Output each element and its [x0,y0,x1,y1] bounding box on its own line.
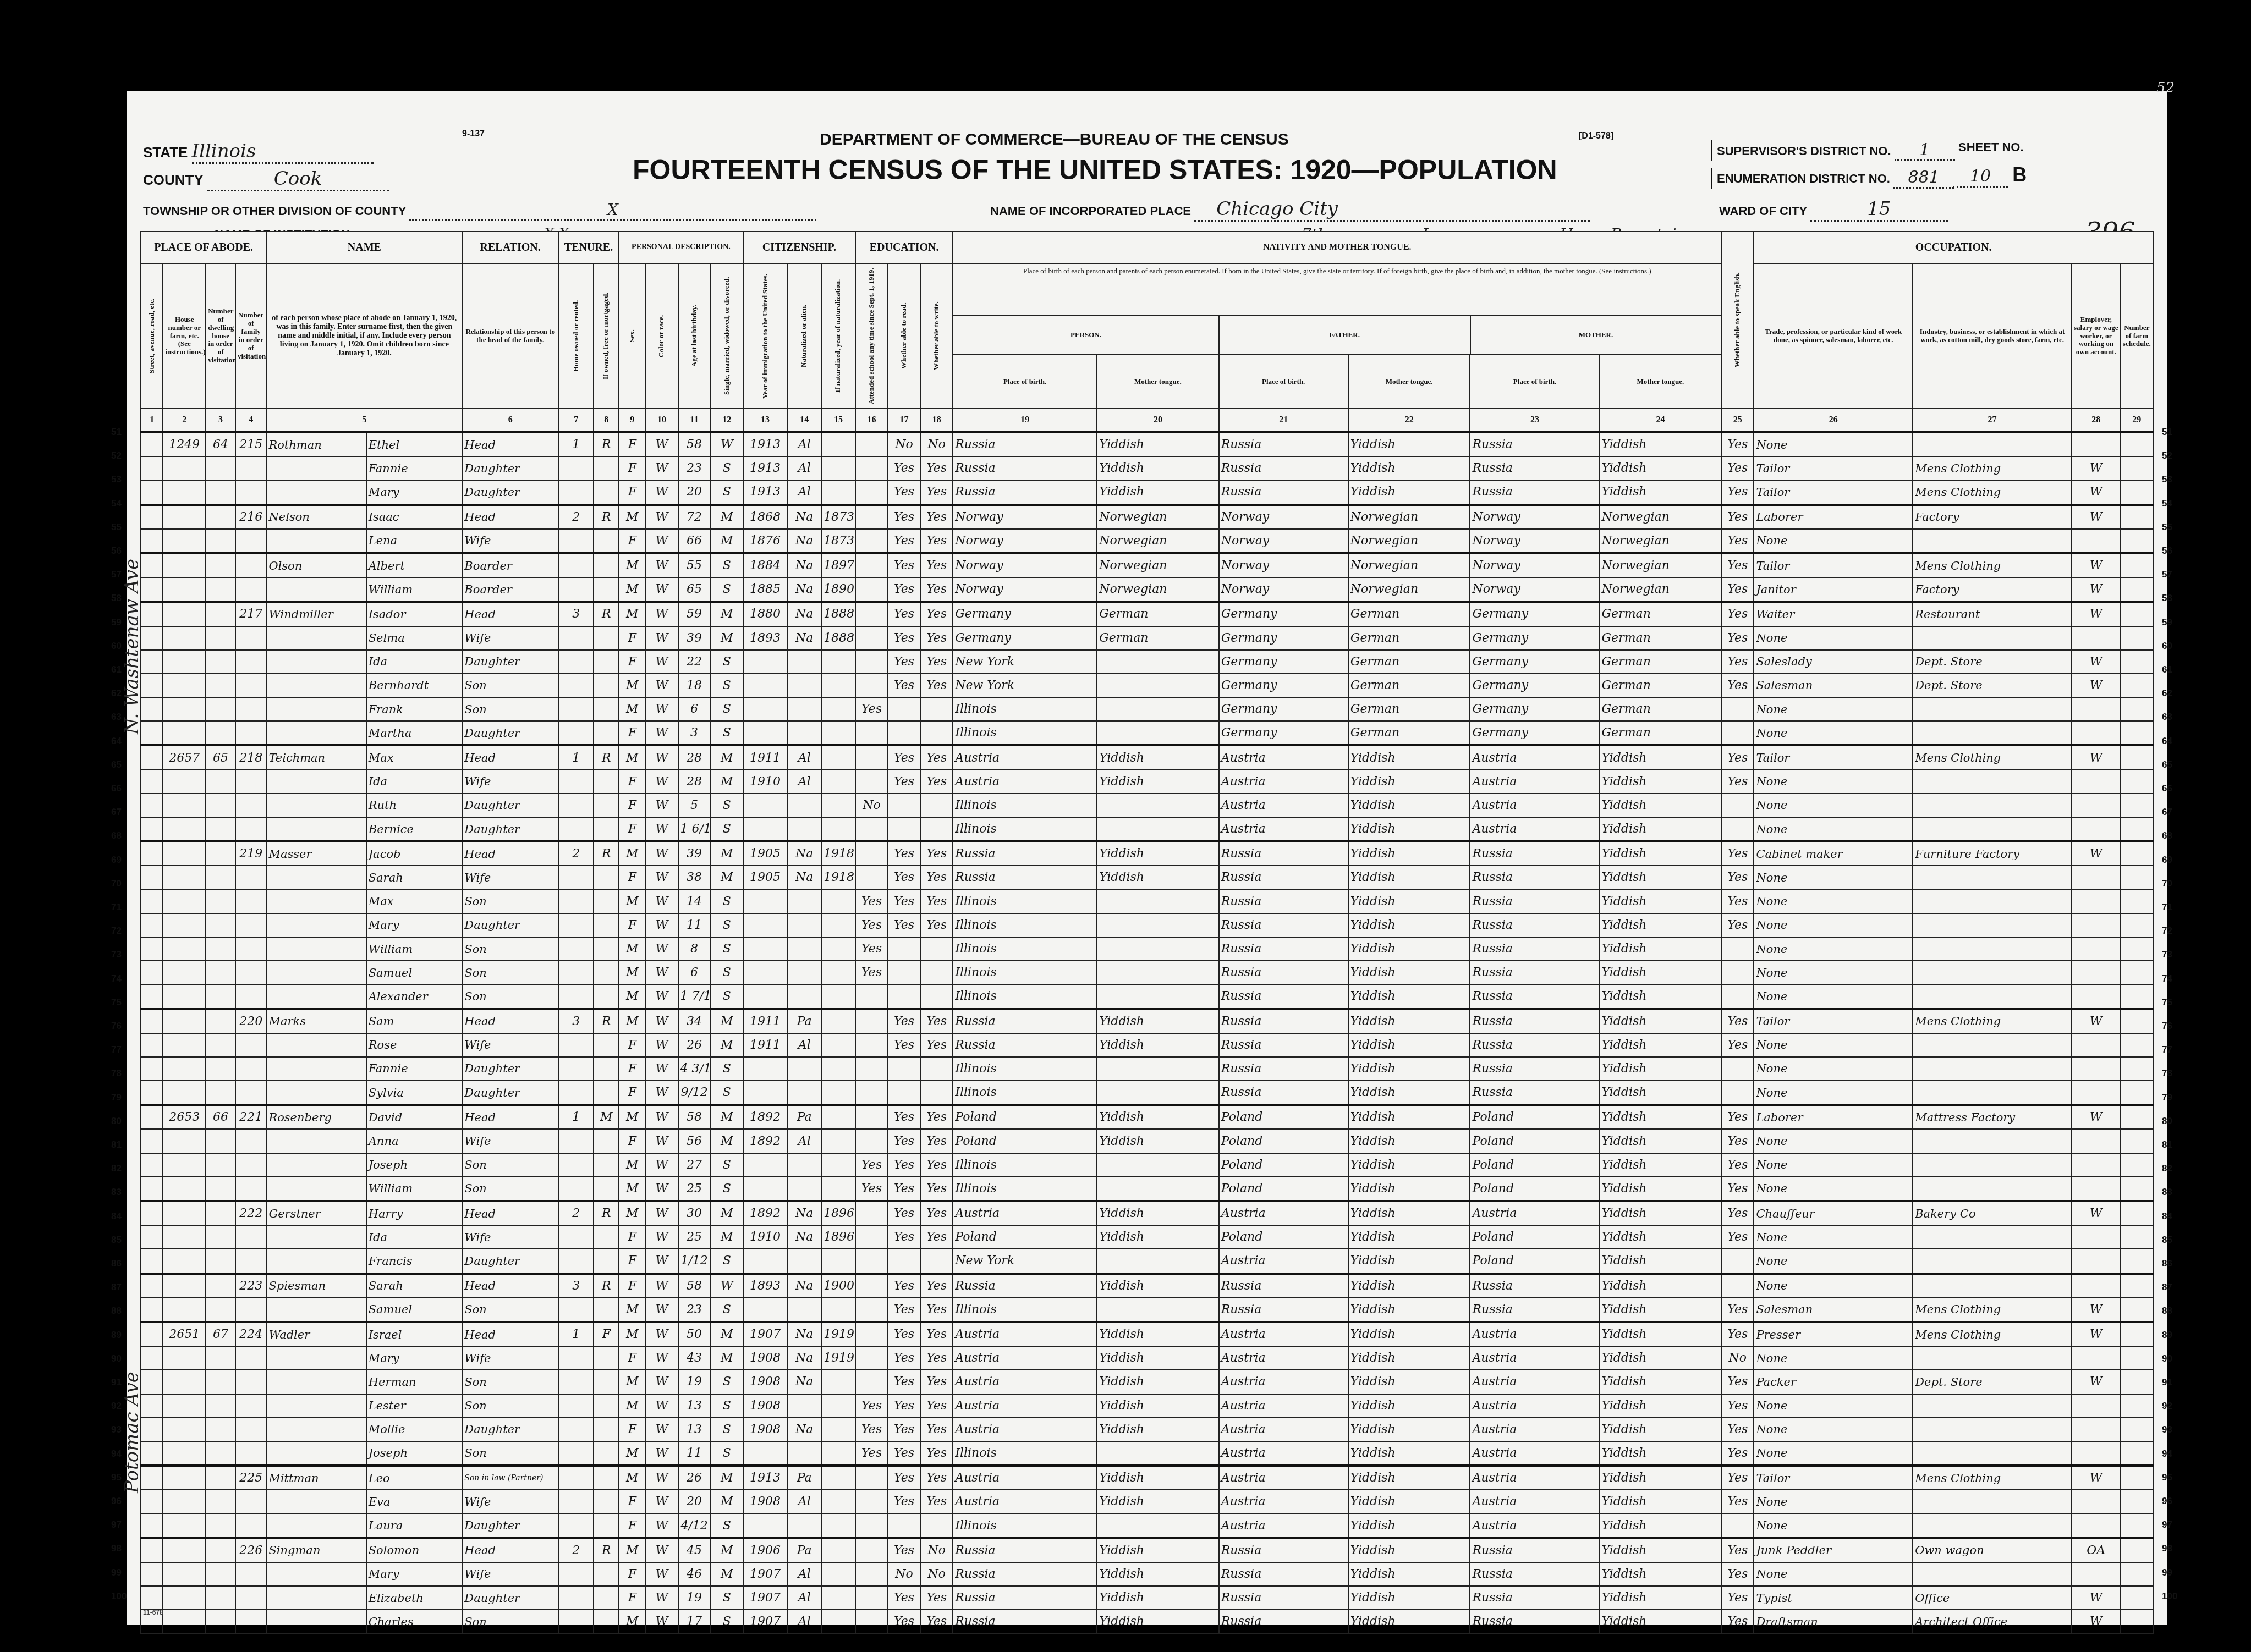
age-cell: 13 [678,1394,711,1418]
speak-english-cell: Yes [1721,1586,1754,1610]
read-cell: Yes [888,602,920,626]
mother-tongue-of-mother-cell: Yiddish [1600,456,1722,480]
line-number-right: 54 [2162,498,2172,509]
free-mortgaged-cell [594,1562,619,1586]
naturalized-cell: Pa [787,1538,821,1562]
race-cell: W [645,1513,678,1538]
col-naturalized: Naturalized or alien. [787,263,821,409]
school-cell: Yes [855,1153,888,1177]
surname-cell [266,577,366,602]
birthplace-cell: Austria [953,745,1097,769]
immigration-year-cell [743,1153,788,1177]
dwelling-number-cell [206,626,235,650]
relation-cell: Wife [462,770,558,794]
free-mortgaged-cell [594,1418,619,1441]
father-birthplace-cell: Russia [1219,961,1348,984]
line-number-left: 95 [111,1472,122,1483]
relation-cell: Son [462,1394,558,1418]
race-cell: W [645,1129,678,1153]
father-tongue-cell: Yiddish [1348,1466,1470,1490]
sex-cell: F [619,1225,645,1249]
birthplace-cell: Germany [953,602,1097,626]
table-row: 217WindmillerIsadorHead3RMW59M1880Na1888… [141,602,2153,626]
industry-cell [1913,1562,2072,1586]
immigration-year-cell: 1880 [743,602,788,626]
age-cell: 25 [678,1225,711,1249]
street-cell [141,1466,163,1490]
naturalized-cell: Al [787,1033,821,1057]
relation-cell: Son [462,984,558,1009]
dwelling-number-cell [206,1153,235,1177]
line-number-left: 71 [111,902,122,913]
surname-cell [266,529,366,553]
industry-cell: Mens Clothing [1913,553,2072,577]
birthplace-cell: Russia [953,866,1097,889]
naturalization-year-cell: 1900 [821,1274,855,1298]
mother-tongue-of-mother-cell: Yiddish [1600,1610,1722,1633]
dwelling-number-cell [206,937,235,961]
table-row: BerniceDaughterFW1 6/12SIllinoisAustriaY… [141,817,2153,841]
table-row: CharlesSonMW17S1907AlYesYesRussiaYiddish… [141,1610,2153,1633]
family-number-cell [235,721,266,745]
age-cell: 1/12 [678,1249,711,1273]
naturalization-year-cell [821,1586,855,1610]
speak-english-cell: Yes [1721,913,1754,937]
surname-cell [266,984,366,1009]
free-mortgaged-cell [594,456,619,480]
employer-cell [2072,794,2121,817]
family-number-cell [235,1441,266,1466]
naturalized-cell: Na [787,1322,821,1346]
mother-birthplace-cell: Austria [1470,1394,1599,1418]
home-owned-cell [558,1129,594,1153]
state-field: STATE Illinois [143,140,374,164]
read-cell: Yes [888,553,920,577]
sex-cell: F [619,432,645,456]
dwelling-number-cell [206,1274,235,1298]
home-owned-cell [558,1513,594,1538]
line-number-left: 79 [111,1092,122,1103]
mother-tongue-of-mother-cell: Yiddish [1600,1418,1722,1441]
age-cell: 72 [678,505,711,529]
mother-tongue-cell: Yiddish [1097,1105,1219,1129]
house-number-cell [163,1394,206,1418]
mother-tongue-cell [1097,650,1219,674]
speak-english-cell: Yes [1721,1441,1754,1466]
industry-cell: Bakery Co [1913,1201,2072,1225]
home-owned-cell [558,456,594,480]
naturalization-year-cell [821,1153,855,1177]
line-number-right: 77 [2162,1044,2172,1055]
home-owned-cell: 2 [558,505,594,529]
surname-cell: Masser [266,841,366,866]
naturalization-year-cell [821,1129,855,1153]
father-birthplace-cell: Austria [1219,1394,1348,1418]
write-cell: Yes [920,529,953,553]
read-cell: Yes [888,1346,920,1370]
given-name-cell: Rose [366,1033,463,1057]
family-number-cell: 216 [235,505,266,529]
father-tongue-cell: Norwegian [1348,505,1470,529]
surname-cell [266,1610,366,1633]
family-number-cell [235,1298,266,1322]
employer-cell [2072,1562,2121,1586]
father-birthplace-cell: Russia [1219,1298,1348,1322]
father-birthplace-cell: Germany [1219,602,1348,626]
mother-birthplace-cell: Russia [1470,1274,1599,1298]
table-row: 222GerstnerHarryHead2RMW30M1892Na1896Yes… [141,1201,2153,1225]
line-number-right: 85 [2162,1235,2172,1246]
home-owned-cell: 2 [558,1538,594,1562]
mother-tongue-of-mother-cell: German [1600,650,1722,674]
line-number-right: 63 [2162,712,2172,723]
speak-english-cell [1721,961,1754,984]
marital-cell: M [711,1322,743,1346]
father-tongue-cell: Yiddish [1348,1586,1470,1610]
col-free-mortgaged: If owned, free or mortgaged. [594,263,619,409]
age-cell: 66 [678,529,711,553]
naturalization-year-cell [821,1394,855,1418]
house-number-cell [163,937,206,961]
farm-schedule-cell [2121,984,2153,1009]
employer-cell [2072,866,2121,889]
mother-tongue-cell [1097,697,1219,721]
group-tenure: TENURE. [558,232,619,263]
naturalization-year-cell: 1888 [821,626,855,650]
mother-tongue-of-mother-cell: German [1600,721,1722,745]
naturalized-cell: Al [787,1129,821,1153]
mother-tongue-of-mother-cell: Yiddish [1600,1177,1722,1201]
naturalized-cell: Pa [787,1105,821,1129]
father-birthplace-cell: Norway [1219,529,1348,553]
line-number-left: 84 [111,1211,122,1222]
house-number-cell [163,961,206,984]
street-name-potomac: Potomac Ave [121,1108,143,1493]
father-birthplace-cell: Germany [1219,674,1348,697]
supervisor-district-value: 1 [1895,140,1955,161]
school-cell [855,602,888,626]
naturalized-cell: Al [787,432,821,456]
house-number-cell [163,890,206,913]
given-name-cell: Mary [366,480,463,504]
birthplace-cell: Austria [953,1322,1097,1346]
father-birthplace-cell: Russia [1219,1586,1348,1610]
street-cell [141,745,163,769]
race-cell: W [645,890,678,913]
line-number-left: 64 [111,736,122,747]
father-birthplace-cell: Austria [1219,1441,1348,1466]
naturalization-year-cell: 1896 [821,1201,855,1225]
given-name-cell: Isador [366,602,463,626]
mother-tongue-cell: Yiddish [1097,866,1219,889]
speak-english-cell: Yes [1721,577,1754,602]
given-name-cell: Sylvia [366,1081,463,1105]
father-tongue-cell: Yiddish [1348,961,1470,984]
naturalized-cell [787,1441,821,1466]
trade-cell: Typist [1754,1586,1913,1610]
dwelling-number-cell [206,1009,235,1033]
write-cell: Yes [920,1105,953,1129]
birthplace-cell: Illinois [953,890,1097,913]
street-cell [141,1513,163,1538]
birthplace-cell: Norway [953,505,1097,529]
industry-cell [1913,817,2072,841]
farm-schedule-cell [2121,602,2153,626]
read-cell: Yes [888,1153,920,1177]
house-number-cell [163,866,206,889]
read-cell: Yes [888,505,920,529]
surname-cell: Nelson [266,505,366,529]
relation-cell: Daughter [462,650,558,674]
read-cell: Yes [888,1177,920,1201]
col-age: Age at last birthday. [678,263,711,409]
family-number-cell: 226 [235,1538,266,1562]
father-tongue-cell: Norwegian [1348,553,1470,577]
industry-cell [1913,432,2072,456]
farm-schedule-cell [2121,841,2153,866]
father-birthplace-cell: Austria [1219,1513,1348,1538]
birthplace-cell: Austria [953,770,1097,794]
write-cell: Yes [920,1346,953,1370]
mother-birthplace-cell: Austria [1470,1490,1599,1513]
relation-cell: Head [462,602,558,626]
write-cell: Yes [920,674,953,697]
home-owned-cell: 3 [558,1009,594,1033]
mother-tongue-of-mother-cell: Yiddish [1600,1249,1722,1273]
column-number: 27 [1913,409,2072,432]
father-tongue-cell: German [1348,650,1470,674]
dwelling-number-cell [206,770,235,794]
home-owned-cell [558,1225,594,1249]
home-owned-cell [558,626,594,650]
speak-english-cell: Yes [1721,480,1754,504]
family-number-cell [235,1586,266,1610]
line-number-right: 67 [2162,807,2172,818]
birthplace-cell: Illinois [953,1057,1097,1081]
write-cell: No [920,432,953,456]
immigration-year-cell [743,913,788,937]
speak-english-cell: No [1721,1346,1754,1370]
given-name-cell: Sarah [366,1274,463,1298]
sex-cell: F [619,626,645,650]
father-birthplace-cell: Russia [1219,984,1348,1009]
relation-cell: Son [462,674,558,697]
sex-cell: M [619,553,645,577]
read-cell: Yes [888,1201,920,1225]
school-cell [855,480,888,504]
employer-cell [2072,1490,2121,1513]
mother-birthplace-cell: Russia [1470,961,1599,984]
house-number-cell [163,1298,206,1322]
street-cell [141,913,163,937]
house-number-cell [163,1441,206,1466]
line-number-right: 51 [2162,427,2172,438]
mother-tongue-cell: Yiddish [1097,1394,1219,1418]
street-cell [141,626,163,650]
free-mortgaged-cell: R [594,602,619,626]
dwelling-number-cell [206,674,235,697]
father-tongue-cell: Yiddish [1348,1225,1470,1249]
dwelling-number-cell [206,1033,235,1057]
mother-tongue-cell: German [1097,602,1219,626]
industry-cell [1913,961,2072,984]
free-mortgaged-cell [594,1225,619,1249]
naturalization-year-cell: 1888 [821,602,855,626]
mother-tongue-cell: Yiddish [1097,1466,1219,1490]
immigration-year-cell: 1906 [743,1538,788,1562]
family-number-cell [235,1513,266,1538]
trade-cell: Salesman [1754,1298,1913,1322]
dwelling-number-cell [206,1225,235,1249]
immigration-year-cell: 1892 [743,1129,788,1153]
age-cell: 25 [678,1177,711,1201]
mother-tongue-cell: Yiddish [1097,1033,1219,1057]
marital-cell: S [711,456,743,480]
naturalized-cell [787,1394,821,1418]
age-cell: 18 [678,674,711,697]
speak-english-cell: Yes [1721,1129,1754,1153]
col-race: Color or race. [645,263,678,409]
relation-cell: Son [462,697,558,721]
read-cell: Yes [888,1009,920,1033]
home-owned-cell [558,984,594,1009]
free-mortgaged-cell: R [594,745,619,769]
marital-cell: S [711,890,743,913]
mother-tongue-of-mother-cell: Yiddish [1600,1105,1722,1129]
col-sex: Sex. [619,263,645,409]
birthplace-cell: Russia [953,1562,1097,1586]
surname-cell [266,1562,366,1586]
school-cell [855,1513,888,1538]
trade-cell: None [1754,721,1913,745]
school-cell: Yes [855,890,888,913]
read-cell: Yes [888,1105,920,1129]
given-name-cell: Mollie [366,1418,463,1441]
age-cell: 26 [678,1033,711,1057]
dwelling-number-cell [206,913,235,937]
mother-birthplace-cell: Austria [1470,1322,1599,1346]
father-tongue-cell: Yiddish [1348,817,1470,841]
race-cell: W [645,674,678,697]
age-cell: 14 [678,890,711,913]
father-birthplace-cell: Russia [1219,1033,1348,1057]
line-number-right: 59 [2162,617,2172,628]
table-row: ElizabethDaughterFW19S1907AlYesYesRussia… [141,1586,2153,1610]
school-cell [855,529,888,553]
school-cell [855,505,888,529]
read-cell: Yes [888,1033,920,1057]
write-cell: No [920,1538,953,1562]
street-name-washtenaw: N. Washtenaw Ave [121,349,143,734]
naturalized-cell [787,1057,821,1081]
col-dwelling-number: Number of dwelling house in order of vis… [206,263,235,409]
street-cell [141,1562,163,1586]
birthplace-cell: Austria [953,1418,1097,1441]
read-cell: Yes [888,841,920,866]
mother-tongue-cell [1097,890,1219,913]
trade-cell: None [1754,1249,1913,1273]
mother-tongue-of-mother-cell: Norwegian [1600,505,1722,529]
age-cell: 17 [678,1610,711,1633]
given-name-cell: Frank [366,697,463,721]
trade-cell: None [1754,1490,1913,1513]
col-farm-schedule: Number of farm schedule. [2121,263,2153,409]
family-number-cell [235,1418,266,1441]
read-cell: Yes [888,650,920,674]
employer-cell: W [2072,505,2121,529]
mother-tongue-of-mother-cell: Yiddish [1600,913,1722,937]
dwelling-number-cell [206,1441,235,1466]
sex-cell: F [619,1490,645,1513]
street-cell [141,1346,163,1370]
surname-cell [266,1225,366,1249]
given-name-cell: Bernhardt [366,674,463,697]
farm-schedule-cell [2121,1346,2153,1370]
race-cell: W [645,1201,678,1225]
column-number: 16 [855,409,888,432]
mother-tongue-of-mother-cell: Norwegian [1600,553,1722,577]
immigration-year-cell: 1893 [743,1274,788,1298]
father-tongue-cell: Yiddish [1348,1441,1470,1466]
naturalization-year-cell [821,890,855,913]
col-relation-desc: Relationship of this person to the head … [462,263,558,409]
mother-birthplace-cell: Norway [1470,577,1599,602]
group-relation: RELATION. [462,232,558,263]
mother-tongue-of-mother-cell: Yiddish [1600,1538,1722,1562]
speak-english-cell: Yes [1721,1153,1754,1177]
table-row: SarahWifeFW38M1905Na1918YesYesRussiaYidd… [141,866,2153,889]
father-birthplace-cell: Russia [1219,1538,1348,1562]
line-number-right: 64 [2162,736,2172,747]
marital-cell: S [711,961,743,984]
read-cell: Yes [888,1538,920,1562]
free-mortgaged-cell [594,817,619,841]
family-number-cell: 223 [235,1274,266,1298]
line-number-right: 56 [2162,546,2172,557]
line-number-right: 57 [2162,569,2172,580]
farm-schedule-cell [2121,674,2153,697]
write-cell: Yes [920,1370,953,1394]
relation-cell: Son [462,1298,558,1322]
county-value: Cook [207,168,389,191]
naturalized-cell: Al [787,480,821,504]
table-row: SylviaDaughterFW9/12SIllinoisRussiaYiddi… [141,1081,2153,1105]
farm-schedule-cell [2121,1009,2153,1033]
father-tongue-cell: Yiddish [1348,1490,1470,1513]
naturalization-year-cell [821,1105,855,1129]
line-number-right: 71 [2162,902,2172,913]
house-number-cell [163,1418,206,1441]
industry-cell [1913,1153,2072,1177]
sex-cell: M [619,1394,645,1418]
home-owned-cell [558,674,594,697]
mother-tongue-of-mother-cell: Yiddish [1600,1225,1722,1249]
surname-cell [266,1033,366,1057]
table-row: 223SpiesmanSarahHead3RFW58W1893Na1900Yes… [141,1274,2153,1298]
immigration-year-cell: 1907 [743,1322,788,1346]
house-number-cell [163,841,206,866]
sex-cell: F [619,866,645,889]
father-birthplace-cell: Poland [1219,1153,1348,1177]
house-number-cell [163,553,206,577]
mother-tongue-cell: Yiddish [1097,1346,1219,1370]
mother-tongue-cell: Norwegian [1097,577,1219,602]
immigration-year-cell: 1911 [743,745,788,769]
mother-birthplace-cell: Austria [1470,1201,1599,1225]
mother-birthplace-cell: Austria [1470,770,1599,794]
sex-cell: M [619,505,645,529]
immigration-year-cell: 1913 [743,480,788,504]
